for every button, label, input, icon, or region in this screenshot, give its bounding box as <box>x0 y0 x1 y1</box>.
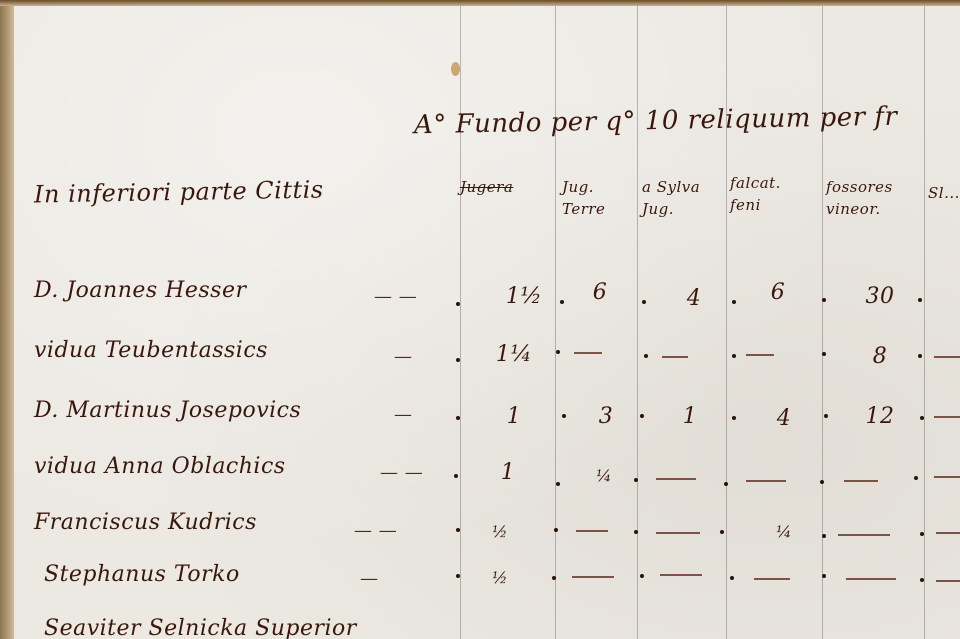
ledger-dot <box>556 350 560 354</box>
row-name: D. Martinus Josepovics <box>34 398 301 423</box>
column-rule <box>637 6 638 639</box>
row-name: vidua Anna Oblachics <box>34 454 286 479</box>
ledger-dot <box>724 482 728 486</box>
cell-fossores: 30 <box>850 284 910 309</box>
ledger-dash <box>746 480 786 482</box>
ledger-dot <box>642 300 646 304</box>
ledger-dot <box>730 576 734 580</box>
ledger-dot <box>720 530 724 534</box>
ledger-dot <box>640 574 644 578</box>
ledger-dash <box>934 416 960 418</box>
ledger-dot <box>920 532 924 536</box>
cell-jug-terre: 6 <box>570 280 630 305</box>
cell-fossores: 8 <box>850 344 910 369</box>
column-header-a-sylva: a Sylva Jug. <box>642 176 722 220</box>
column-header-fundus: Jugera <box>460 176 555 198</box>
cell-fundus: 1 <box>484 404 544 429</box>
cell-fundus: ½ <box>470 568 530 587</box>
ledger-dash <box>936 532 960 534</box>
column-header-fossores-vineor: fossores vineor. <box>826 176 921 220</box>
ledger-dot <box>920 416 924 420</box>
ledger-dot <box>640 414 644 418</box>
ledger-dash <box>656 478 696 480</box>
ledger-dash <box>656 532 700 534</box>
ledger-dot <box>918 354 922 358</box>
ledger-dash <box>746 354 774 356</box>
ledger-dot <box>732 416 736 420</box>
ledger-dash <box>846 578 896 580</box>
book-binding-edge <box>0 0 14 639</box>
cell-fundus: 1¼ <box>484 342 544 367</box>
ledger-dot <box>644 354 648 358</box>
ledger-dot <box>822 352 826 356</box>
ledger-dot <box>456 358 460 362</box>
cell-fundus: ½ <box>470 522 530 541</box>
ink-stain <box>451 62 460 76</box>
section-title: In inferiori parte Cittis <box>34 175 324 208</box>
ledger-dash <box>574 352 602 354</box>
ledger-dash <box>754 578 790 580</box>
ledger-dot <box>634 530 638 534</box>
column-header-falcat-feni: falcat. feni <box>730 172 810 216</box>
ledger-dash <box>660 574 702 576</box>
cell-jug-terre: 3 <box>576 404 636 429</box>
row-name: Franciscus Kudrics <box>34 510 257 535</box>
column-rule <box>460 6 461 639</box>
ledger-dot <box>820 480 824 484</box>
ledger-dot <box>732 300 736 304</box>
ledger-dash <box>838 534 890 536</box>
ledger-dot <box>456 574 460 578</box>
ledger-page: A° Fundo per q° 10 reliquum per fr In in… <box>14 6 960 639</box>
ledger-dot <box>914 476 918 480</box>
ledger-dot <box>456 528 460 532</box>
page-heading: A° Fundo per q° 10 reliquum per fr <box>414 102 898 140</box>
cell-fundus: 1 <box>478 460 538 485</box>
ledger-dash <box>936 580 960 582</box>
ledger-dot <box>822 534 826 538</box>
row-name: vidua Teubentassics <box>34 338 268 363</box>
ledger-dash <box>934 356 960 358</box>
ledger-dot <box>552 576 556 580</box>
cell-a-sylva: 1 <box>660 404 720 429</box>
row-name: D. Joannes Hesser <box>34 278 246 303</box>
row-leader: — <box>394 404 413 425</box>
cell-falcat-feni: 6 <box>748 280 808 305</box>
ledger-dot <box>456 302 460 306</box>
row-leader: — — <box>380 462 423 483</box>
column-rule <box>726 6 727 639</box>
ledger-dot <box>454 474 458 478</box>
row-leader: — — <box>354 520 397 541</box>
cell-a-sylva: 4 <box>664 286 724 311</box>
ledger-dot <box>556 482 560 486</box>
ledger-dot <box>918 298 922 302</box>
ledger-dot <box>822 574 826 578</box>
cell-jug-terre: ¼ <box>574 466 634 485</box>
ledger-dot <box>824 414 828 418</box>
ledger-dot <box>456 416 460 420</box>
row-name: Seaviter Selnicka Superior <box>44 616 357 639</box>
ledger-dot <box>562 414 566 418</box>
ledger-dot <box>920 578 924 582</box>
row-leader: — <box>394 346 413 367</box>
ledger-dot <box>822 298 826 302</box>
row-leader: — <box>360 568 379 589</box>
column-rule <box>555 6 556 639</box>
ledger-dash <box>662 356 688 358</box>
cell-fossores: 12 <box>850 404 910 429</box>
row-leader: — — <box>374 286 417 307</box>
column-rule <box>924 6 925 639</box>
ledger-dot <box>732 354 736 358</box>
ledger-dot <box>554 528 558 532</box>
ledger-dot <box>560 300 564 304</box>
ledger-dash <box>844 480 878 482</box>
cell-falcat-feni: 4 <box>754 406 814 431</box>
cell-falcat-feni: ¼ <box>754 522 814 541</box>
column-header-6: Sl... <box>928 182 960 204</box>
ledger-dash <box>572 576 614 578</box>
column-rule <box>822 6 823 639</box>
row-name: Stephanus Torko <box>44 562 240 587</box>
column-header-jug-terre: Jug. Terre <box>562 176 632 220</box>
ledger-dot <box>634 478 638 482</box>
ledger-dash <box>576 530 608 532</box>
cell-fundus: 1½ <box>494 284 554 309</box>
ledger-dash <box>934 476 960 478</box>
